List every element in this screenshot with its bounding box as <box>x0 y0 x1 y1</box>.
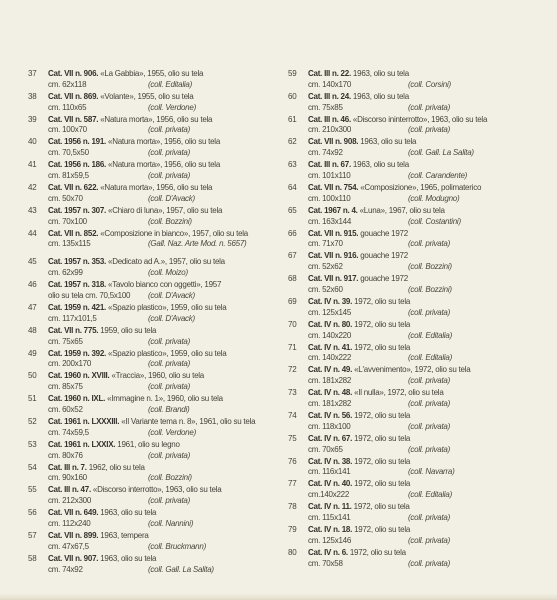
entry-line-2: cm. 90x160(coll. Bozzini) <box>48 473 284 484</box>
entry-dimensions: cm. 74x59,5 <box>48 428 89 437</box>
entry-collection: (coll. D'Avack) <box>148 291 195 302</box>
entry-dimensions: cm. 181x282 <box>308 376 351 385</box>
entry-description: 1963, olio su tela <box>360 137 416 146</box>
entry-dimensions: cm. 62x99 <box>48 268 83 277</box>
entry-catalog-ref: Cat. 1960 n. XVIII. <box>48 371 110 380</box>
entry-collection: (coll. Verdone) <box>148 428 196 439</box>
entry-catalog-ref: Cat. VII n. 587. <box>48 115 98 124</box>
entry-collection: (coll. privata) <box>408 125 450 136</box>
entry-body: Cat. III n. 67. 1963, olio su tela cm. 1… <box>308 160 554 182</box>
entry-line-2: cm. 118x100(coll. privata) <box>308 422 554 433</box>
entry-number: 72 <box>288 365 304 376</box>
entry-body: Cat. IV n. 41. 1972, olio su tela cm. 14… <box>308 343 554 365</box>
entry-description: 1972, olio su tela <box>354 297 410 306</box>
entry-catalog-ref: Cat. VII n. 775. <box>48 326 98 335</box>
entry-line-2: cm. 110x65(coll. Verdone) <box>48 103 284 114</box>
entry-number: 45 <box>28 257 44 268</box>
entry-description: 1972, olio su tela <box>354 479 410 488</box>
catalog-entry: 41 Cat. 1956 n. 186. «Natura morta», 195… <box>28 160 284 183</box>
entry-catalog-ref: Cat. VII n. 916. <box>308 251 358 260</box>
entry-description: 1963, olio su tela <box>353 92 409 101</box>
entry-catalog-ref: Cat. 1957 n. 307. <box>48 206 106 215</box>
entry-line-1: Cat. IV n. 11. 1972, olio su tela <box>308 502 554 513</box>
entry-description: gouache 1972 <box>360 274 408 283</box>
entry-collection: (coll. privata) <box>408 559 450 570</box>
entry-body: Cat. IV n. 56. 1972, olio su tela cm. 11… <box>308 411 554 433</box>
entry-catalog-ref: Cat. IV n. 39. <box>308 297 352 306</box>
entry-dimensions: cm. 52x62 <box>308 262 343 271</box>
catalog-entry: 49 Cat. 1959 n. 392. «Spazio plastico», … <box>28 349 284 372</box>
entry-description: gouache 1972 <box>360 229 408 238</box>
entry-dimensions: cm. 210x300 <box>308 125 351 134</box>
entry-line-1: Cat. 1960 n. IXL. «Immagine n. 1», 1960,… <box>48 394 284 405</box>
entry-line-1: Cat. 1959 n. 392. «Spazio plastico», 195… <box>48 349 284 360</box>
entry-collection: (coll. privata) <box>148 125 190 136</box>
entry-catalog-ref: Cat. III n. 47. <box>48 485 91 494</box>
entry-description: 1959, olio su tela <box>100 326 156 335</box>
entry-line-2: cm. 62x99(coll. Moizo) <box>48 268 284 279</box>
entry-line-2: cm. 75x65(coll. privata) <box>48 337 284 348</box>
entry-dimensions: cm. 112x240 <box>48 519 90 528</box>
entry-body: Cat. IV n. 6. 1972, olio su tela cm. 70x… <box>308 548 554 570</box>
catalog-entry: 62 Cat. VII n. 908. 1963, olio su tela c… <box>288 137 554 160</box>
entry-catalog-ref: Cat. VII n. 915. <box>308 229 358 238</box>
catalog-entry: 58 Cat. VII n. 907. 1963, olio su tela c… <box>28 554 284 577</box>
catalog-entry: 45 Cat. 1957 n. 353. «Dedicato ad A.», 1… <box>28 257 284 280</box>
entry-dimensions: cm. 74x92 <box>308 148 343 157</box>
entry-collection: (coll. privata) <box>408 536 450 547</box>
catalog-column-left: 37 Cat. VII n. 906. «La Gabbia», 1955, o… <box>28 69 284 577</box>
entry-dimensions: cm. 50x70 <box>48 194 83 203</box>
entry-line-2: cm. 74x59,5(coll. Verdone) <box>48 428 284 439</box>
entry-collection: (coll. Modugno) <box>408 194 459 205</box>
entry-description: 1972, olio su tela <box>354 525 410 534</box>
entry-number: 41 <box>28 160 44 171</box>
catalog-entry: 52 Cat. 1961 n. LXXXIII. «Il Variante te… <box>28 417 284 440</box>
entry-dimensions: cm. 62x118 <box>48 80 86 89</box>
entry-body: Cat. VII n. 852. «Composizione in bianco… <box>48 229 284 251</box>
entry-number: 69 <box>288 297 304 308</box>
entry-number: 74 <box>288 411 304 422</box>
entry-dimensions: cm. 70,5x50 <box>48 148 89 157</box>
entry-line-1: Cat. III n. 67. 1963, olio su tela <box>308 160 554 171</box>
entry-catalog-ref: Cat. VII n. 852. <box>48 229 98 238</box>
catalog-entry: 38 Cat. VII n. 869. «Volante», 1955, oli… <box>28 92 284 115</box>
entry-body: Cat. VII n. 754. «Composizione», 1965, p… <box>308 183 554 205</box>
entry-body: Cat. IV n. 49. «L'avvenimento», 1972, ol… <box>308 365 554 387</box>
catalog-entry: 40 Cat. 1956 n. 191. «Natura morta», 195… <box>28 137 284 160</box>
catalog-entry: 53 Cat. 1961 n. LXXIX. 1961, olio su leg… <box>28 440 284 463</box>
entry-line-2: cm. 52x62(coll. Bozzini) <box>308 262 554 273</box>
entry-dimensions: cm. 115x141 <box>308 513 350 522</box>
entry-number: 43 <box>28 206 44 217</box>
catalog-entry: 70 Cat. IV n. 80. 1972, olio su tela cm.… <box>288 320 554 343</box>
entry-description: 1962, olio su tela <box>89 463 145 472</box>
entry-catalog-ref: Cat. III n. 67. <box>308 160 351 169</box>
entry-line-2: cm. 115x141(coll. privata) <box>308 513 554 524</box>
entry-catalog-ref: Cat. III n. 7. <box>48 463 87 472</box>
entry-description: «Dedicato ad A.», 1957, olio su tela <box>108 257 225 266</box>
catalog-entry: 74 Cat. IV n. 56. 1972, olio su tela cm.… <box>288 411 554 434</box>
entry-number: 63 <box>288 160 304 171</box>
entry-number: 79 <box>288 525 304 536</box>
entry-number: 65 <box>288 206 304 217</box>
entry-description: «Composizione in bianco», 1957, olio su … <box>100 229 248 238</box>
entry-dimensions: cm. 140x220 <box>308 331 351 340</box>
entry-dimensions: cm. 90x160 <box>48 473 87 482</box>
entry-dimensions: cm. 47x67,5 <box>48 542 89 551</box>
entry-description: 1972, olio su tela <box>354 502 410 511</box>
entry-description: «Discorso interrotto», 1963, olio su tel… <box>93 485 222 494</box>
catalog-entry: 56 Cat. VII n. 649. 1963, olio su tela c… <box>28 508 284 531</box>
entry-description: «Spazio plastico», 1959, olio su tela <box>108 303 226 312</box>
entry-catalog-ref: Cat. VII n. 906. <box>48 69 98 78</box>
entry-body: Cat. VII n. 587. «Natura morta», 1956, o… <box>48 115 284 137</box>
entry-dimensions: olio su tela cm. 70,5x100 <box>48 291 130 300</box>
entry-catalog-ref: Cat. III n. 46. <box>308 115 351 124</box>
entry-number: 47 <box>28 303 44 314</box>
entry-description: «Natura morta», 1956, olio su tela <box>100 183 212 192</box>
entry-line-1: Cat. 1957 n. 307. «Chiaro di luna», 1957… <box>48 206 284 217</box>
entry-number: 78 <box>288 502 304 513</box>
entry-catalog-ref: Cat. IV n. 38. <box>308 457 352 466</box>
entry-catalog-ref: Cat. VII n. 649. <box>48 508 98 517</box>
entry-collection: (coll. Bruckmann) <box>148 542 206 553</box>
entry-dimensions: cm. 70x65 <box>308 445 343 454</box>
entry-collection: (coll. Bozzini) <box>148 473 192 484</box>
entry-collection: (coll. Brandi) <box>148 405 189 416</box>
entry-description: 1963, tempera <box>100 531 148 540</box>
entry-body: Cat. VII n. 906. «La Gabbia», 1955, olio… <box>48 69 284 91</box>
entry-collection: (coll. D'Avack) <box>148 194 195 205</box>
entry-description: 1963, olio su tela <box>100 554 156 563</box>
entry-line-1: Cat. IV n. 38. 1972, olio su tela <box>308 457 554 468</box>
catalog-entry: 61 Cat. III n. 46. «Discorso ininterrott… <box>288 115 554 138</box>
entry-catalog-ref: Cat. IV n. 18. <box>308 525 352 534</box>
entry-description: «Il Variante tema n. 8», 1961, olio su t… <box>121 417 255 426</box>
entry-collection: (coll. Editalia) <box>148 80 192 91</box>
entry-number: 50 <box>28 371 44 382</box>
entry-body: Cat. III n. 24. 1963, olio su tela cm. 7… <box>308 92 554 114</box>
entry-line-1: Cat. III n. 22. 1963, olio su tela <box>308 69 554 80</box>
catalog-entry: 47 Cat. 1959 n. 421. «Spazio plastico», … <box>28 303 284 326</box>
entry-body: Cat. 1959 n. 392. «Spazio plastico», 195… <box>48 349 284 371</box>
entry-catalog-ref: Cat. VII n. 869. <box>48 92 98 101</box>
entry-description: 1972, olio su tela <box>354 320 410 329</box>
entry-line-2: cm. 125x146(coll. privata) <box>308 536 554 547</box>
entry-number: 49 <box>28 349 44 360</box>
entry-collection: (coll. Editalia) <box>408 490 452 501</box>
entry-line-1: Cat. VII n. 916. gouache 1972 <box>308 251 554 262</box>
entry-line-2: cm. 70x58(coll. privata) <box>308 559 554 570</box>
entry-line-1: Cat. IV n. 80. 1972, olio su tela <box>308 320 554 331</box>
entry-collection: (coll. privata) <box>408 308 450 319</box>
entry-catalog-ref: Cat. 1960 n. IXL. <box>48 394 105 403</box>
entry-body: Cat. IV n. 38. 1972, olio su tela cm. 11… <box>308 457 554 479</box>
entry-collection: (coll. Costantini) <box>408 217 461 228</box>
entry-collection: (coll. privata) <box>148 451 190 462</box>
entry-line-2: cm. 85x75(coll. privata) <box>48 382 284 393</box>
entry-line-2: cm. 74x92(coll. Gall. La Salita) <box>48 565 284 576</box>
entry-number: 77 <box>288 479 304 490</box>
catalog-entry: 67 Cat. VII n. 916. gouache 1972 cm. 52x… <box>288 251 554 274</box>
entry-catalog-ref: Cat. 1957 n. 318. <box>48 280 106 289</box>
entry-description: «Natura morta», 1956, olio su tela <box>100 115 212 124</box>
entry-line-2: cm. 47x67,5(coll. Bruckmann) <box>48 542 284 553</box>
entry-collection: (coll. privata) <box>408 239 450 250</box>
entry-description: «Chiaro di luna», 1957, olio su tela <box>108 206 222 215</box>
entry-line-2: cm.140x222(coll. Editalia) <box>308 490 554 501</box>
entry-catalog-ref: Cat. 1961 n. LXXXIII. <box>48 417 119 426</box>
entry-body: Cat. IV n. 11. 1972, olio su tela cm. 11… <box>308 502 554 524</box>
entry-line-1: Cat. IV n. 41. 1972, olio su tela <box>308 343 554 354</box>
entry-line-1: Cat. IV n. 39. 1972, olio su tela <box>308 297 554 308</box>
entry-dimensions: cm. 110x65 <box>48 103 86 112</box>
entry-dimensions: cm. 116x141 <box>308 467 350 476</box>
entry-number: 40 <box>28 137 44 148</box>
entry-body: Cat. 1960 n. XVIII. «Traccia», 1960, oli… <box>48 371 284 393</box>
entry-line-2: cm. 71x70(coll. privata) <box>308 239 554 250</box>
entry-line-1: Cat. III n. 7. 1962, olio su tela <box>48 463 284 474</box>
entry-number: 66 <box>288 229 304 240</box>
entry-collection: (coll. privata) <box>408 103 450 114</box>
entry-dimensions: cm. 85x75 <box>48 382 83 391</box>
entry-body: Cat. III n. 47. «Discorso interrotto», 1… <box>48 485 284 507</box>
entry-body: Cat. VII n. 915. gouache 1972 cm. 71x70(… <box>308 229 554 251</box>
entry-body: Cat. VII n. 899. 1963, tempera cm. 47x67… <box>48 531 284 553</box>
entry-line-1: Cat. IV n. 6. 1972, olio su tela <box>308 548 554 559</box>
entry-dimensions: cm. 117x101,5 <box>48 314 97 323</box>
entry-catalog-ref: Cat. 1957 n. 353. <box>48 257 106 266</box>
catalog-entry: 77 Cat. IV n. 40. 1972, olio su tela cm.… <box>288 479 554 502</box>
entry-catalog-ref: Cat. IV n. 56. <box>308 411 352 420</box>
entry-line-2: cm. 116x141(coll. Navarra) <box>308 467 554 478</box>
entry-collection: (coll. Bozzini) <box>408 262 452 273</box>
entry-collection: (coll. D'Avack) <box>148 314 195 325</box>
entry-dimensions: cm. 75x85 <box>308 103 343 112</box>
entry-body: Cat. VII n. 917. gouache 1972 cm. 52x60(… <box>308 274 554 296</box>
entry-collection: (coll. privata) <box>148 382 190 393</box>
entry-description: gouache 1972 <box>360 251 408 260</box>
entry-dimensions: cm. 100x110 <box>308 194 350 203</box>
entry-description: «Natura morta», 1956, olio su tela <box>108 137 220 146</box>
entry-catalog-ref: Cat. VII n. 754. <box>308 183 358 192</box>
catalog-entry: 79 Cat. IV n. 18. 1972, olio su tela cm.… <box>288 525 554 548</box>
entry-catalog-ref: Cat. 1956 n. 186. <box>48 160 106 169</box>
entry-line-1: Cat. III n. 46. «Discorso ininterrotto»,… <box>308 115 554 126</box>
entry-line-2: cm. 60x52(coll. Brandi) <box>48 405 284 416</box>
entry-line-2: cm. 181x282(coll. privata) <box>308 399 554 410</box>
entry-number: 80 <box>288 548 304 559</box>
entry-body: Cat. IV n. 39. 1972, olio su tela cm. 12… <box>308 297 554 319</box>
entry-catalog-ref: Cat. VII n. 908. <box>308 137 358 146</box>
entry-catalog-ref: Cat. 1967 n. 4. <box>308 206 358 215</box>
catalog-entry: 51 Cat. 1960 n. IXL. «Immagine n. 1», 19… <box>28 394 284 417</box>
entry-number: 39 <box>28 115 44 126</box>
entry-line-1: Cat. IV n. 56. 1972, olio su tela <box>308 411 554 422</box>
entry-number: 51 <box>28 394 44 405</box>
entry-collection: (coll. Nannini) <box>148 519 193 530</box>
entry-number: 42 <box>28 183 44 194</box>
entry-catalog-ref: Cat. 1961 n. LXXIX. <box>48 440 115 449</box>
catalog-entry: 78 Cat. IV n. 11. 1972, olio su tela cm.… <box>288 502 554 525</box>
entry-number: 60 <box>288 92 304 103</box>
entry-line-1: Cat. 1960 n. XVIII. «Traccia», 1960, oli… <box>48 371 284 382</box>
entry-line-1: Cat. VII n. 754. «Composizione», 1965, p… <box>308 183 554 194</box>
entry-catalog-ref: Cat. III n. 24. <box>308 92 351 101</box>
entry-description: «Natura morta», 1956, olio su tela <box>108 160 220 169</box>
catalog-entry: 71 Cat. IV n. 41. 1972, olio su tela cm.… <box>288 343 554 366</box>
entry-dimensions: cm. 125x145 <box>308 308 351 317</box>
catalog-entry: 54 Cat. III n. 7. 1962, olio su tela cm.… <box>28 463 284 486</box>
entry-description: 1963, olio su tela <box>353 160 409 169</box>
entry-number: 48 <box>28 326 44 337</box>
entry-line-2: cm. 135x115(Gall. Naz. Arte Mod. n. 5657… <box>48 239 284 250</box>
entry-number: 53 <box>28 440 44 451</box>
entry-body: Cat. 1959 n. 421. «Spazio plastico», 195… <box>48 303 284 325</box>
catalog-entry: 65 Cat. 1967 n. 4. «Luna», 1967, olio su… <box>288 206 554 229</box>
entry-catalog-ref: Cat. III n. 22. <box>308 69 351 78</box>
entry-dimensions: cm. 70x100 <box>48 217 87 226</box>
entry-collection: (coll. Corsini) <box>408 80 451 91</box>
entry-description: 1961, olio su legno <box>117 440 179 449</box>
entry-number: 61 <box>288 115 304 126</box>
entry-number: 76 <box>288 457 304 468</box>
entry-collection: (coll. Editalia) <box>408 331 452 342</box>
entry-body: Cat. 1956 n. 191. «Natura morta», 1956, … <box>48 137 284 159</box>
entry-catalog-ref: Cat. VII n. 899. <box>48 531 98 540</box>
entry-catalog-ref: Cat. VII n. 622. <box>48 183 98 192</box>
entry-number: 55 <box>28 485 44 496</box>
entry-collection: (coll. privata) <box>148 148 190 159</box>
entry-line-2: cm. 210x300(coll. privata) <box>308 125 554 136</box>
entry-catalog-ref: Cat. IV n. 40. <box>308 479 352 488</box>
entry-description: «Spazio plastico», 1959, olio su tela <box>108 349 226 358</box>
catalog-entry: 66 Cat. VII n. 915. gouache 1972 cm. 71x… <box>288 229 554 252</box>
entry-body: Cat. 1957 n. 318. «Tavolo bianco con ogg… <box>48 280 284 302</box>
entry-number: 52 <box>28 417 44 428</box>
entry-dimensions: cm. 140x222 <box>308 353 351 362</box>
catalog-entry: 46 Cat. 1957 n. 318. «Tavolo bianco con … <box>28 280 284 303</box>
entry-catalog-ref: Cat. IV n. 80. <box>308 320 352 329</box>
entry-line-2: cm. 81x59,5(coll. privata) <box>48 171 284 182</box>
entry-dimensions: cm. 125x146 <box>308 536 351 545</box>
entry-description: «Il nulla», 1972, olio su tela <box>354 388 443 397</box>
entry-dimensions: cm. 52x60 <box>308 285 343 294</box>
entry-line-1: Cat. VII n. 899. 1963, tempera <box>48 531 284 542</box>
entry-collection: (coll. Bozzini) <box>148 217 192 228</box>
entry-line-1: Cat. IV n. 40. 1972, olio su tela <box>308 479 554 490</box>
entry-body: Cat. 1961 n. LXXIX. 1961, olio su legno … <box>48 440 284 462</box>
entry-line-1: Cat. VII n. 587. «Natura morta», 1956, o… <box>48 115 284 126</box>
entry-line-1: Cat. 1967 n. 4. «Luna», 1967, olio su te… <box>308 206 554 217</box>
entry-number: 71 <box>288 343 304 354</box>
catalog-entry: 57 Cat. VII n. 899. 1963, tempera cm. 47… <box>28 531 284 554</box>
entry-catalog-ref: Cat. IV n. 67. <box>308 434 352 443</box>
entry-line-1: Cat. IV n. 18. 1972, olio su tela <box>308 525 554 536</box>
entry-line-1: Cat. 1956 n. 186. «Natura morta», 1956, … <box>48 160 284 171</box>
entry-line-1: Cat. 1957 n. 353. «Dedicato ad A.», 1957… <box>48 257 284 268</box>
entry-description: 1963, olio su tela <box>353 69 409 78</box>
entry-dimensions: cm. 70x58 <box>308 559 343 568</box>
entry-collection: (coll. Bozzini) <box>408 285 452 296</box>
entry-line-1: Cat. VII n. 852. «Composizione in bianco… <box>48 229 284 240</box>
entry-description: «Volante», 1955, olio su tela <box>100 92 193 101</box>
catalog-entry: 72 Cat. IV n. 49. «L'avvenimento», 1972,… <box>288 365 554 388</box>
entry-line-2: cm. 117x101,5(coll. D'Avack) <box>48 314 284 325</box>
entry-body: Cat. III n. 22. 1963, olio su tela cm. 1… <box>308 69 554 91</box>
entry-number: 46 <box>28 280 44 291</box>
entry-body: Cat. IV n. 40. 1972, olio su tela cm.140… <box>308 479 554 501</box>
entry-number: 54 <box>28 463 44 474</box>
entry-description: 1972, olio su tela <box>350 548 406 557</box>
entry-collection: (coll. privata) <box>148 359 190 370</box>
entry-collection: (Gall. Naz. Arte Mod. n. 5657) <box>148 239 246 250</box>
entry-body: Cat. VII n. 649. 1963, olio su tela cm. … <box>48 508 284 530</box>
catalog-column-right: 59 Cat. III n. 22. 1963, olio su tela cm… <box>288 69 554 571</box>
entry-body: Cat. 1957 n. 307. «Chiaro di luna», 1957… <box>48 206 284 228</box>
entry-body: Cat. VII n. 907. 1963, olio su tela cm. … <box>48 554 284 576</box>
entry-dimensions: cm. 75x65 <box>48 337 83 346</box>
entry-dimensions: cm. 101x110 <box>308 171 350 180</box>
entry-line-2: cm. 70x100(coll. Bozzini) <box>48 217 284 228</box>
entry-line-1: Cat. VII n. 649. 1963, olio su tela <box>48 508 284 519</box>
catalog-entry: 76 Cat. IV n. 38. 1972, olio su tela cm.… <box>288 457 554 480</box>
entry-line-2: cm. 100x70(coll. privata) <box>48 125 284 136</box>
entry-line-1: Cat. IV n. 49. «L'avvenimento», 1972, ol… <box>308 365 554 376</box>
entry-body: Cat. VII n. 908. 1963, olio su tela cm. … <box>308 137 554 159</box>
entry-collection: (coll. privata) <box>148 496 190 507</box>
entry-description: 1972, olio su tela <box>354 411 410 420</box>
entry-dimensions: cm. 200x170 <box>48 359 91 368</box>
catalog-entry: 50 Cat. 1960 n. XVIII. «Traccia», 1960, … <box>28 371 284 394</box>
catalog-entry: 68 Cat. VII n. 917. gouache 1972 cm. 52x… <box>288 274 554 297</box>
entry-number: 64 <box>288 183 304 194</box>
entry-line-2: cm. 70x65(coll. privata) <box>308 445 554 456</box>
entry-number: 56 <box>28 508 44 519</box>
entry-dimensions: cm. 118x100 <box>308 422 350 431</box>
entry-catalog-ref: Cat. IV n. 11. <box>308 502 352 511</box>
entry-collection: (coll. Navarra) <box>408 467 454 478</box>
entry-body: Cat. IV n. 67. 1972, olio su tela cm. 70… <box>308 434 554 456</box>
entry-line-2: cm. 75x85(coll. privata) <box>308 103 554 114</box>
entry-line-2: cm. 200x170(coll. privata) <box>48 359 284 370</box>
entry-dimensions: cm. 80x76 <box>48 451 83 460</box>
entry-number: 75 <box>288 434 304 445</box>
entry-body: Cat. VII n. 869. «Volante», 1955, olio s… <box>48 92 284 114</box>
entry-dimensions: cm. 135x115 <box>48 239 90 248</box>
entry-number: 58 <box>28 554 44 565</box>
entry-line-2: cm. 62x118(coll. Editalia) <box>48 80 284 91</box>
entry-collection: (coll. Moizo) <box>148 268 188 279</box>
entry-line-2: cm. 70,5x50(coll. privata) <box>48 148 284 159</box>
entry-line-2: cm. 112x240(coll. Nannini) <box>48 519 284 530</box>
entry-line-1: Cat. VII n. 622. «Natura morta», 1956, o… <box>48 183 284 194</box>
entry-line-2: cm. 140x222(coll. Editalia) <box>308 353 554 364</box>
entry-body: Cat. IV n. 48. «Il nulla», 1972, olio su… <box>308 388 554 410</box>
entry-line-1: Cat. IV n. 67. 1972, olio su tela <box>308 434 554 445</box>
entry-line-1: Cat. IV n. 48. «Il nulla», 1972, olio su… <box>308 388 554 399</box>
entry-dimensions: cm. 81x59,5 <box>48 171 89 180</box>
entry-description: «Discorso ininterrotto», 1963, olio su t… <box>353 115 487 124</box>
entry-line-1: Cat. VII n. 907. 1963, olio su tela <box>48 554 284 565</box>
entry-dimensions: cm. 212x300 <box>48 496 91 505</box>
entry-dimensions: cm. 74x92 <box>48 565 83 574</box>
entry-body: Cat. III n. 7. 1962, olio su tela cm. 90… <box>48 463 284 485</box>
entry-number: 44 <box>28 229 44 240</box>
entry-collection: (coll. privata) <box>408 376 450 387</box>
entry-collection: (coll. privata) <box>148 171 190 182</box>
